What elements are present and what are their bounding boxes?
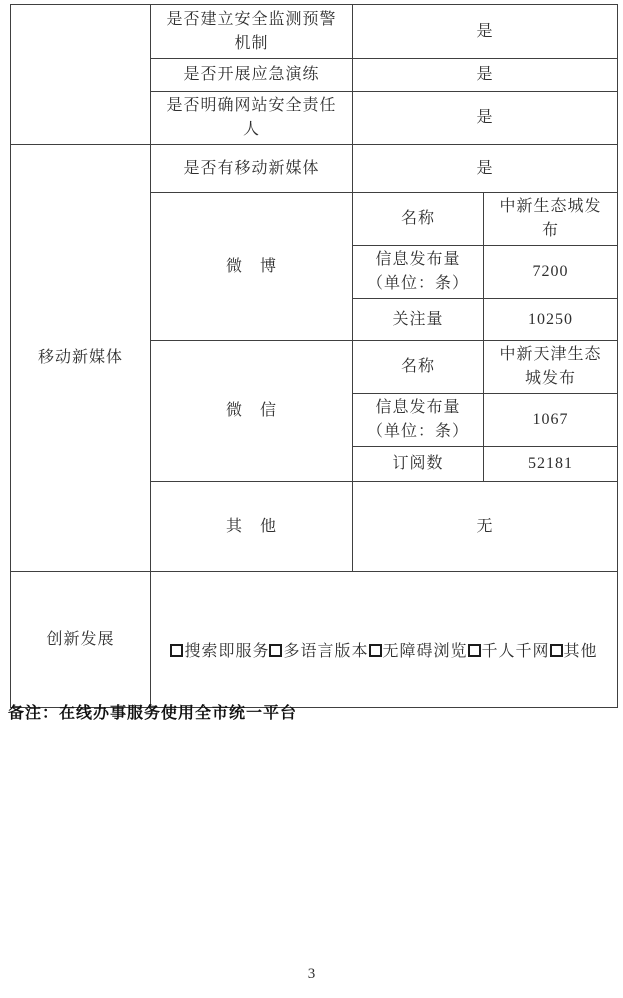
weibo-name-value: 中新生态城发布: [484, 193, 618, 246]
option-accessibility: 无障碍浏览: [369, 643, 468, 660]
innovation-options-cell: 搜索即服务多语言版本无障碍浏览千人千网其他: [151, 572, 618, 708]
wechat-name-value: 中新天津生态城发布: [484, 341, 618, 394]
checkbox-icon[interactable]: [468, 644, 481, 657]
remark-note: 备注：在线办事服务使用全市统一平台: [8, 700, 297, 723]
option-other: 其他: [550, 643, 598, 660]
wechat-posts-label: 信息发布量 （单位：条）: [353, 394, 484, 447]
option-label: 多语言版本: [283, 643, 368, 660]
option-label: 搜索即服务: [184, 643, 269, 660]
option-label: 其他: [564, 643, 598, 660]
answer-security-responsible-person: 是: [353, 92, 618, 145]
option-label: 无障碍浏览: [383, 643, 468, 660]
option-search-as-service: 搜索即服务: [170, 643, 269, 660]
wechat-subscribers-label: 订阅数: [353, 447, 484, 482]
question-security-monitoring: 是否建立安全监测预警 机制: [151, 5, 353, 59]
platform-other-value: 无: [353, 482, 618, 572]
wechat-subscribers-value: 52181: [484, 447, 618, 482]
answer-has-mobile-media: 是: [353, 145, 618, 193]
page-number: 3: [0, 966, 623, 983]
weibo-posts-label: 信息发布量 （单位：条）: [353, 246, 484, 299]
answer-emergency-drill: 是: [353, 59, 618, 92]
question-has-mobile-media: 是否有移动新媒体: [151, 145, 353, 193]
question-emergency-drill: 是否开展应急演练: [151, 59, 353, 92]
checkbox-icon[interactable]: [550, 644, 563, 657]
question-security-responsible-person: 是否明确网站安全责任人: [151, 92, 353, 145]
weibo-followers-value: 10250: [484, 299, 618, 341]
website-report-table: 是否建立安全监测预警 机制 是 是否开展应急演练 是 是否明确网站安全责任人 是…: [10, 4, 618, 708]
section-label-innovation: 创新发展: [11, 572, 151, 708]
option-multilingual: 多语言版本: [269, 643, 368, 660]
wechat-name-label: 名称: [353, 341, 484, 394]
platform-label-weibo: 微 博: [151, 193, 353, 341]
section-label-mobile-media: 移动新媒体: [11, 145, 151, 572]
weibo-name-label: 名称: [353, 193, 484, 246]
platform-label-wechat: 微 信: [151, 341, 353, 482]
checkbox-icon[interactable]: [170, 644, 183, 657]
option-label: 千人千网: [482, 643, 550, 660]
weibo-posts-value: 7200: [484, 246, 618, 299]
option-personalized: 千人千网: [468, 643, 550, 660]
checkbox-icon[interactable]: [269, 644, 282, 657]
section-label-empty: [11, 5, 151, 145]
platform-label-other: 其 他: [151, 482, 353, 572]
wechat-posts-value: 1067: [484, 394, 618, 447]
document-page: 是否建立安全监测预警 机制 是 是否开展应急演练 是 是否明确网站安全责任人 是…: [0, 0, 623, 998]
checkbox-icon[interactable]: [369, 644, 382, 657]
answer-security-monitoring: 是: [353, 5, 618, 59]
weibo-followers-label: 关注量: [353, 299, 484, 341]
